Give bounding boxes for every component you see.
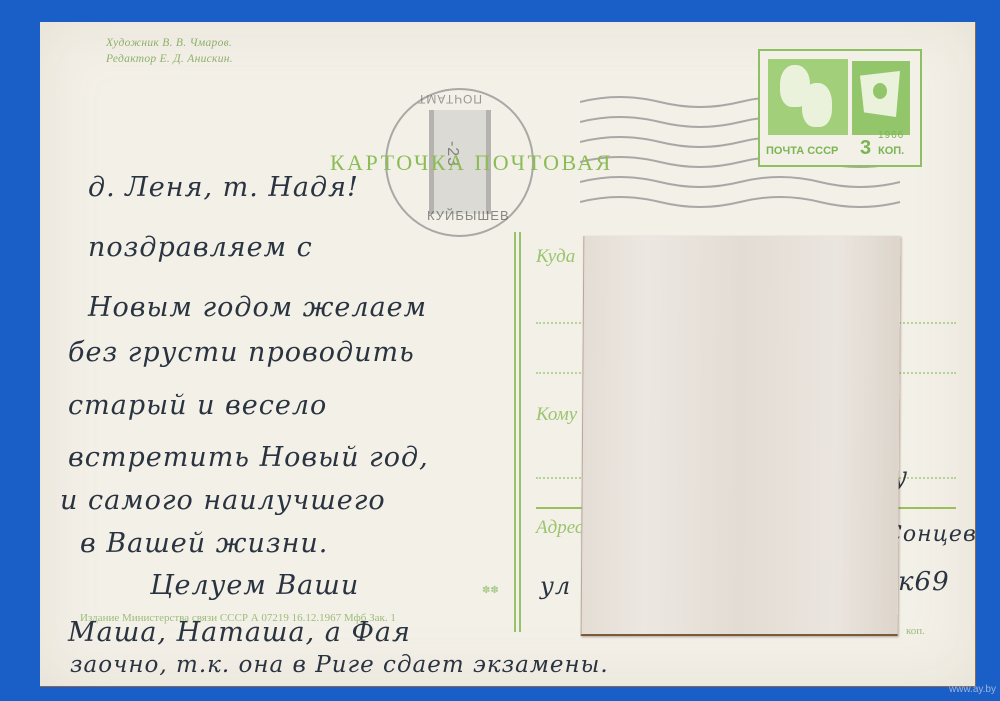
postage-stamp: ПОЧТА СССР 1966 3 КОП. (758, 49, 922, 167)
message-line: и самого наилучшего (60, 485, 386, 516)
imprint-price: коп. (906, 625, 925, 637)
stamp-unit: КОП. (878, 145, 904, 157)
message-line: Целуем Ваши (150, 570, 359, 601)
message-line: Новым годом желаем (88, 292, 427, 323)
sender-name-fragment: Сонцев (885, 522, 977, 547)
artist-credit: Художник В. В. Чмаров. (106, 35, 233, 51)
message-line: без грусти проводить (68, 337, 415, 368)
message-line: в Вашей жизни. (80, 528, 328, 559)
stamp-country: ПОЧТА СССР (766, 145, 838, 157)
postmark-city: КУЙБЫШЕВ (427, 208, 510, 223)
stamp-portrait-icon (768, 59, 848, 135)
postcard: Художник В. В. Чмаров. Редактор Е. Д. Ан… (40, 22, 975, 686)
message-line: Маша, Наташа, а Фая (68, 617, 411, 648)
message-line: старый и весело (68, 390, 327, 421)
message-line: встретить Новый год, (68, 442, 429, 473)
divider-line (519, 232, 521, 632)
divider-line (514, 232, 516, 632)
ornament-icon: ✽✽ (482, 585, 499, 596)
label-to-whom: Кому (536, 404, 577, 426)
stamp-year: 1966 (878, 130, 904, 141)
editor-credit: Редактор Е. Д. Анискин. (106, 51, 233, 67)
stamp-value: 3 (860, 137, 871, 160)
komsomol-badge-icon (852, 61, 910, 135)
postmark-top-text: ПОЧТАМТ (417, 92, 482, 106)
address-street: ул (540, 572, 571, 600)
watermark: www.ay.by (949, 684, 996, 695)
label-where: Куда (536, 246, 575, 268)
paper-sticker-cover (581, 236, 901, 636)
house-number: к69 (898, 567, 950, 597)
message-line: поздравляем с (88, 232, 313, 263)
label-sender-address: Адрес (536, 517, 583, 539)
message-line: д. Леня, т. Надя! (88, 172, 359, 203)
credits: Художник В. В. Чмаров. Редактор Е. Д. Ан… (106, 35, 233, 67)
postcard-title: КАРТОЧКА ПОЧТОВАЯ (330, 150, 613, 176)
message-line: заочно, т.к. она в Риге сдает экзамены. (70, 652, 609, 678)
